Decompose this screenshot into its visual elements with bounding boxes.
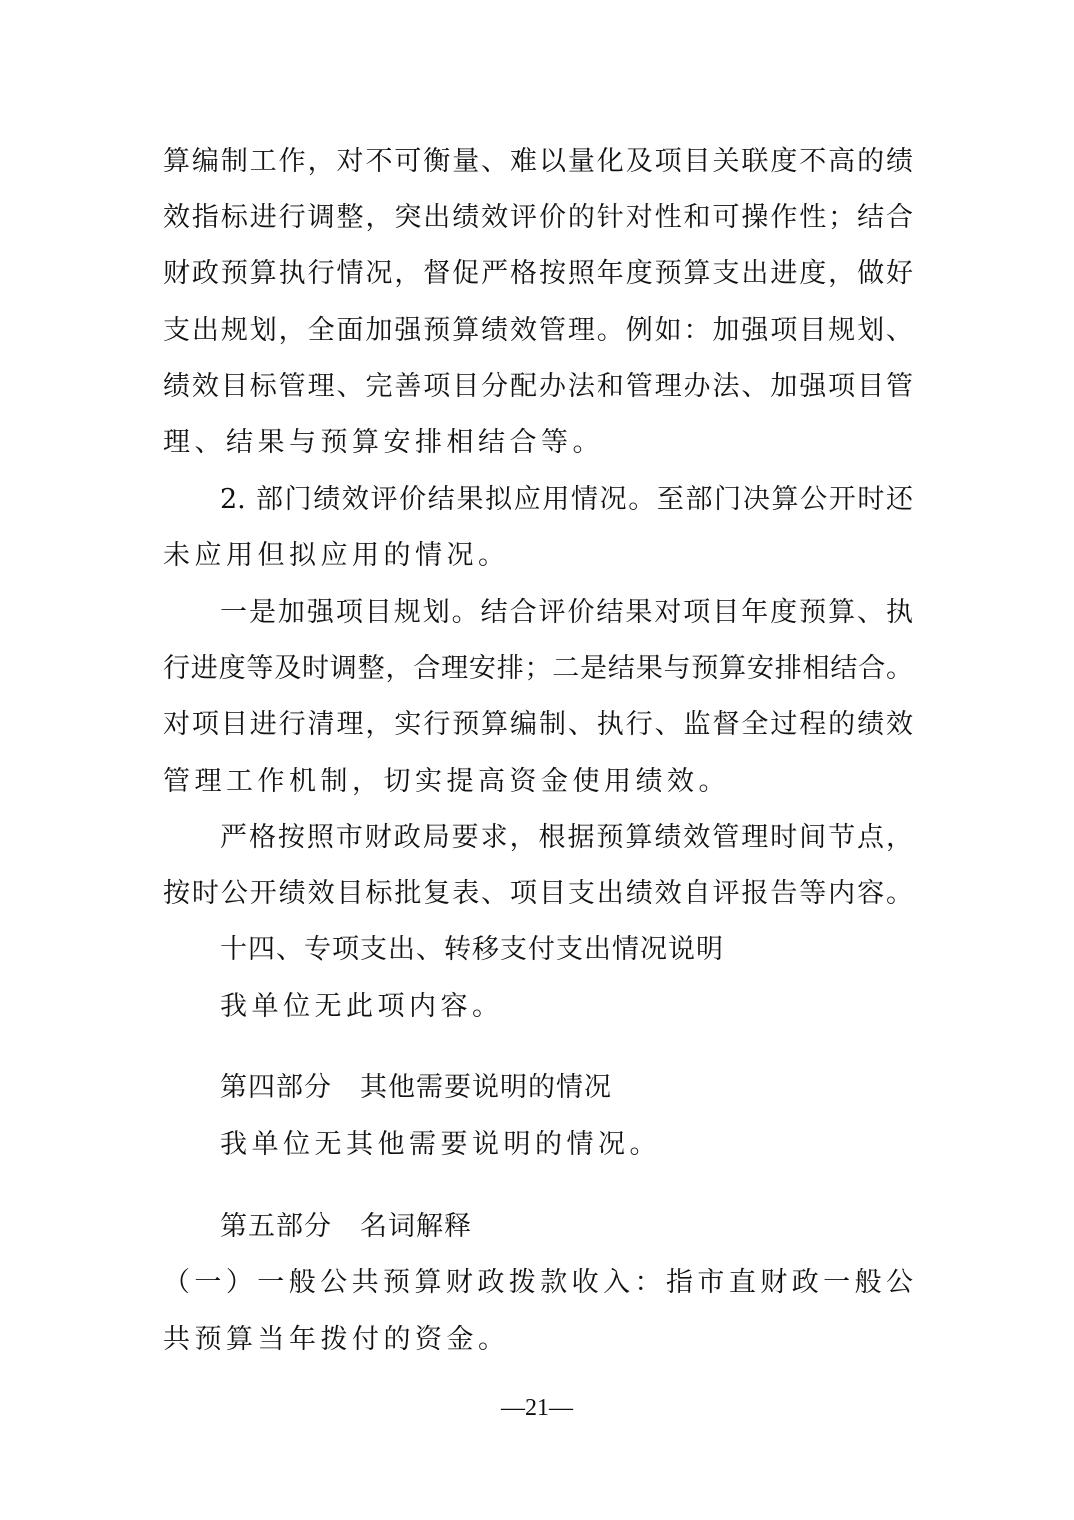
section-heading-14: 十四、专项支出、转移支付支出情况说明 [220, 930, 913, 970]
definition-line: （一）一般公共预算财政拨款收入：指市直财政一般公 [163, 1263, 913, 1303]
paragraph-line: 支出规划，全面加强预算绩效管理。例如：加强项目规划、 [163, 311, 913, 351]
part-heading-4: 第四部分 其他需要说明的情况 [220, 1068, 913, 1108]
definition-line: 共预算当年拨付的资金。 [163, 1320, 913, 1360]
paragraph-line: 未应用但拟应用的情况。 [163, 536, 913, 576]
paragraph-line: 财政预算执行情况，督促严格按照年度预算支出进度，做好 [163, 254, 913, 294]
section-body-14: 我单位无此项内容。 [220, 987, 913, 1027]
page-number: —21— [0, 1395, 1074, 1422]
paragraph-line: 严格按照市财政局要求，根据预算绩效管理时间节点， [220, 818, 913, 858]
part-heading-5: 第五部分 名词解释 [220, 1207, 913, 1247]
paragraph-line: 行进度等及时调整，合理安排；二是结果与预算安排相结合。 [163, 649, 913, 689]
paragraph-line: 对项目进行清理，实行预算编制、执行、监督全过程的绩效 [163, 705, 913, 745]
paragraph-line: 理、结果与预算安排相结合等。 [163, 423, 913, 463]
paragraph-line: 算编制工作，对不可衡量、难以量化及项目关联度不高的绩 [163, 142, 913, 182]
part-body-4: 我单位无其他需要说明的情况。 [220, 1125, 913, 1165]
paragraph-line: 一是加强项目规划。结合评价结果对项目年度预算、执 [220, 593, 913, 633]
paragraph-line: 2. 部门绩效评价结果拟应用情况。至部门决算公开时还 [220, 480, 913, 520]
paragraph-line: 效指标进行调整，突出绩效评价的针对性和可操作性；结合 [163, 198, 913, 238]
paragraph-line: 管理工作机制，切实提高资金使用绩效。 [163, 762, 913, 802]
paragraph-line: 绩效目标管理、完善项目分配办法和管理办法、加强项目管 [163, 367, 913, 407]
paragraph-line: 按时公开绩效目标批复表、项目支出绩效自评报告等内容。 [163, 874, 913, 914]
